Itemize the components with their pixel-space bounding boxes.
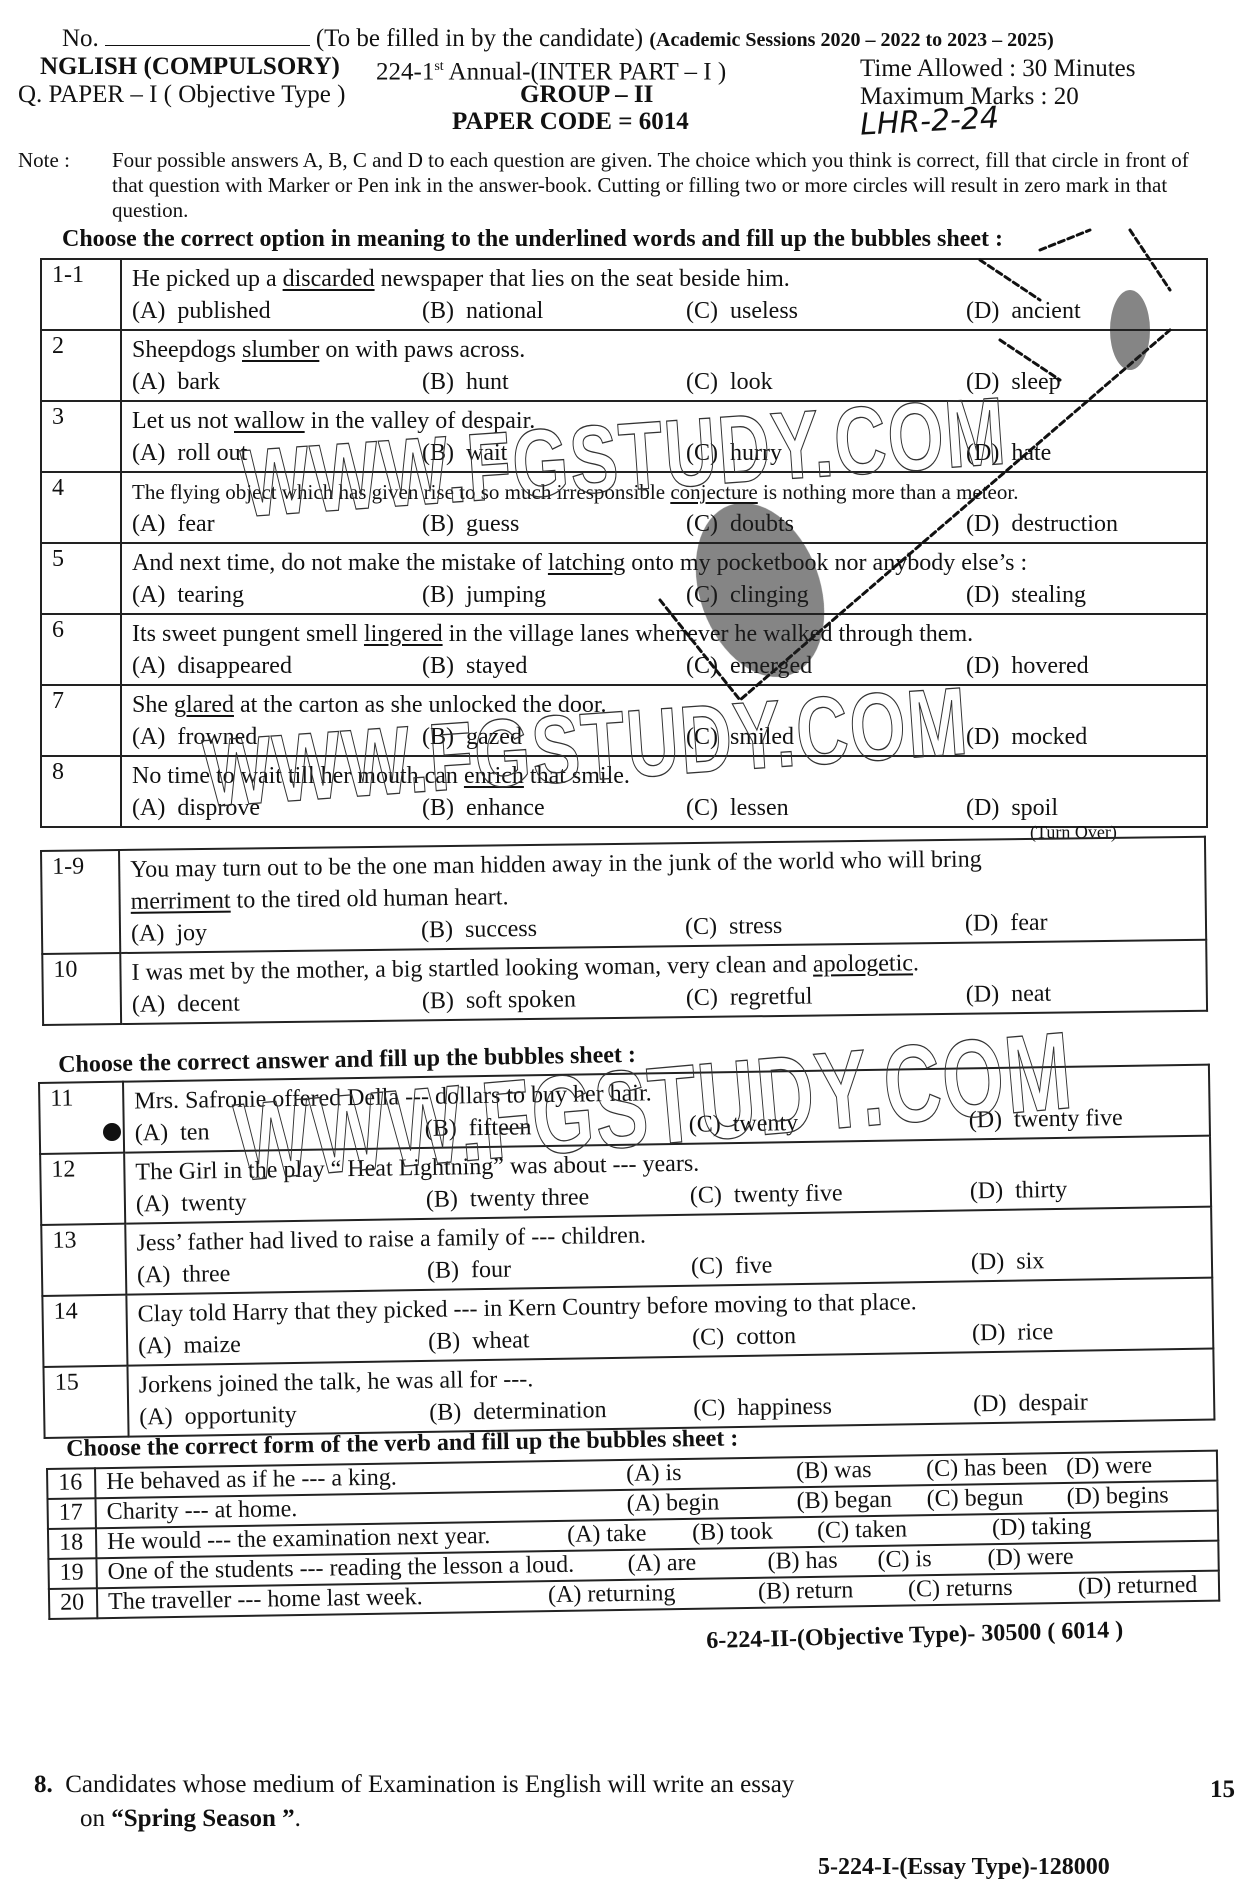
option-text: six xyxy=(1016,1248,1044,1274)
option-text: published xyxy=(177,298,270,324)
question-row: 8No time to wait till her mouth can enri… xyxy=(41,756,1207,827)
options-row: (A)tearing(B)jumping(C)clinging(D)steali… xyxy=(132,579,1206,611)
underlined-word: latching xyxy=(548,550,625,576)
question-row: 4The flying object which has given rise … xyxy=(41,472,1207,543)
option-b[interactable]: (B) began xyxy=(796,1486,926,1515)
option-c[interactable]: (C)twenty xyxy=(689,1104,969,1140)
option-text: twenty xyxy=(733,1110,799,1137)
option-label: (A) xyxy=(626,1460,660,1487)
essay-question: 8. Candidates whose medium of Examinatio… xyxy=(34,1768,794,1836)
option-b[interactable]: (B)hunt xyxy=(422,366,686,398)
question-body: And next time, do not make the mistake o… xyxy=(121,543,1207,614)
option-text: hurry xyxy=(730,440,782,466)
option-text: stayed xyxy=(466,653,527,679)
option-c[interactable]: (C)twenty five xyxy=(690,1175,970,1211)
question-stem: The flying object which has given rise t… xyxy=(132,476,1206,508)
option-a[interactable]: (A)tearing xyxy=(132,579,422,611)
option-label: (A) xyxy=(132,511,165,537)
question-number: 13 xyxy=(41,1224,126,1296)
option-text: jumping xyxy=(466,582,546,608)
option-d[interactable]: (D)destruction xyxy=(966,508,1206,540)
option-text: taking xyxy=(1031,1514,1091,1541)
option-label: (B) xyxy=(425,1115,457,1141)
underlined-word: conjecture xyxy=(670,480,757,504)
option-label: (D) xyxy=(992,1515,1026,1542)
option-label: (B) xyxy=(422,582,454,608)
option-c[interactable]: (C) taken xyxy=(817,1515,992,1545)
option-label: (B) xyxy=(426,1186,458,1212)
option-text: hunt xyxy=(466,369,509,395)
option-label: (C) xyxy=(817,1517,849,1543)
option-text: cotton xyxy=(736,1323,796,1350)
option-text: is xyxy=(915,1546,931,1572)
option-label: (A) xyxy=(548,1582,582,1609)
option-text: took xyxy=(730,1519,773,1546)
option-label: (C) xyxy=(686,985,718,1011)
option-label: (B) xyxy=(692,1519,724,1545)
option-text: stress xyxy=(729,913,783,940)
question-stem: No time to wait till her mouth can enric… xyxy=(132,760,1206,792)
question-stem: Let us not wallow in the valley of despa… xyxy=(132,405,1206,437)
underlined-word: slumber xyxy=(242,337,319,363)
option-label: (D) xyxy=(966,440,999,466)
option-label: (D) xyxy=(1066,1453,1100,1480)
option-label: (C) xyxy=(686,440,718,466)
option-text: joy xyxy=(176,920,207,946)
option-text: begun xyxy=(964,1485,1023,1512)
time-allowed: Time Allowed : 30 Minutes xyxy=(860,54,1136,84)
option-c[interactable]: (C)hurry xyxy=(686,437,966,469)
header-line-1: No.(To be filled in by the candidate) (A… xyxy=(62,24,1054,55)
option-text: ten xyxy=(180,1119,210,1145)
option-label: (C) xyxy=(686,298,718,324)
option-c[interactable]: (C)smiled xyxy=(686,721,966,753)
option-label: (C) xyxy=(908,1576,940,1602)
option-d[interactable]: (D)stealing xyxy=(966,579,1206,611)
option-label: (D) xyxy=(966,582,999,608)
option-label: (D) xyxy=(966,298,999,324)
option-c[interactable]: (C)happiness xyxy=(693,1388,973,1424)
option-text: wait xyxy=(466,440,507,466)
underlined-word: wallow xyxy=(234,408,305,434)
option-label: (B) xyxy=(422,653,454,679)
option-label: (C) xyxy=(692,1324,724,1350)
option-b[interactable]: (B) has xyxy=(767,1547,877,1576)
question-number: 3 xyxy=(41,401,121,472)
option-label: (C) xyxy=(686,511,718,537)
option-b[interactable]: (B)four xyxy=(427,1251,691,1287)
question-body: Let us not wallow in the valley of despa… xyxy=(121,401,1207,472)
option-label: (C) xyxy=(686,369,718,395)
option-label: (B) xyxy=(422,369,454,395)
option-d[interactable]: (D)thirty xyxy=(970,1172,1210,1208)
option-text: enhance xyxy=(466,795,545,821)
question-number: 20 xyxy=(49,1588,97,1619)
option-c[interactable]: (C) has been xyxy=(926,1454,1066,1483)
option-text: smiled xyxy=(730,724,794,750)
option-label: (C) xyxy=(689,1111,721,1137)
option-a[interactable]: (A)joy xyxy=(131,914,421,950)
option-a[interactable]: (A)frowned xyxy=(132,721,422,753)
note-label: Note : xyxy=(18,148,70,173)
option-a[interactable]: (A) take xyxy=(567,1520,692,1549)
option-a[interactable]: (A)maize xyxy=(138,1326,428,1363)
question-body: I was met by the mother, a big startled … xyxy=(120,940,1207,1024)
option-text: twenty xyxy=(181,1190,247,1217)
option-label: (C) xyxy=(686,582,718,608)
option-b[interactable]: (B) was xyxy=(796,1456,926,1485)
underlined-word: glared xyxy=(174,692,234,718)
option-text: disprove xyxy=(177,795,260,821)
fill-note: (To be filled in by the candidate) xyxy=(316,25,643,52)
option-text: stealing xyxy=(1011,582,1086,608)
option-label: (A) xyxy=(567,1521,601,1548)
question-body: She glared at the carton as she unlocked… xyxy=(121,685,1207,756)
option-c[interactable]: (C)five xyxy=(691,1246,971,1282)
option-b[interactable]: (B) return xyxy=(758,1576,908,1605)
question-row: 2Sheepdogs slumber on with paws across.(… xyxy=(41,330,1207,401)
option-text: guess xyxy=(466,511,519,537)
handwritten-annotation: LHR-2-24 xyxy=(859,100,1000,142)
options-row: (A)disappeared(B)stayed(C)emerged(D)hove… xyxy=(132,650,1206,682)
option-label: (D) xyxy=(966,511,999,537)
option-text: mocked xyxy=(1011,724,1087,750)
option-label: (A) xyxy=(132,653,165,679)
option-text: three xyxy=(182,1261,230,1288)
option-label: (C) xyxy=(686,724,718,750)
section1-title: Choose the correct option in meaning to … xyxy=(62,226,1003,253)
option-b[interactable]: (B)stayed xyxy=(422,650,686,682)
option-label: (A) xyxy=(139,1404,173,1431)
question-body: No time to wait till her mouth can enric… xyxy=(121,756,1207,827)
option-label: (A) xyxy=(136,1191,170,1218)
option-label: (A) xyxy=(131,920,165,946)
option-b[interactable]: (B)guess xyxy=(422,508,686,540)
option-text: frowned xyxy=(177,724,257,750)
question-stem: The traveller --- home last week. xyxy=(108,1582,548,1616)
option-label: (B) xyxy=(796,1488,828,1514)
option-d[interactable]: (D)twenty five xyxy=(968,1101,1208,1137)
question-number: 8 xyxy=(41,756,121,827)
option-a[interactable]: (A) begin xyxy=(626,1488,796,1518)
option-d[interactable]: (D) begins xyxy=(1066,1482,1196,1511)
option-label: (B) xyxy=(796,1458,828,1484)
option-a[interactable]: (A)published xyxy=(132,295,422,327)
option-d[interactable]: (D) were xyxy=(1066,1452,1196,1481)
option-label: (D) xyxy=(969,1107,1003,1134)
option-text: roll out xyxy=(177,440,247,466)
question-row: 1-9You may turn out to be the one man hi… xyxy=(41,837,1206,954)
options-row: (A)frowned(B)gazed(C)smiled(D)mocked xyxy=(132,721,1206,753)
option-text: neat xyxy=(1011,981,1051,1007)
option-a[interactable]: (A)bark xyxy=(132,366,422,398)
option-b[interactable]: (B)determination xyxy=(429,1393,693,1429)
option-d[interactable]: (D)fear xyxy=(965,905,1205,940)
option-c[interactable]: (C)cotton xyxy=(692,1317,972,1353)
essay-line-2-prefix: on xyxy=(80,1805,111,1832)
option-d[interactable]: (D)rice xyxy=(972,1314,1212,1350)
option-a[interactable]: (A)disappeared xyxy=(132,650,422,682)
option-text: take xyxy=(606,1521,646,1548)
option-label: (A) xyxy=(132,724,165,750)
option-label: (D) xyxy=(966,369,999,395)
academic-sessions: (Academic Sessions 2020 – 2022 to 2023 –… xyxy=(649,29,1053,51)
question-body: He picked up a discarded newspaper that … xyxy=(121,259,1207,330)
option-a[interactable]: (A)ten xyxy=(135,1113,425,1150)
option-a[interactable]: (A)three xyxy=(137,1255,427,1292)
question-body: Its sweet pungent smell lingered in the … xyxy=(121,614,1207,685)
option-label: (C) xyxy=(685,914,717,940)
option-text: were xyxy=(1027,1544,1074,1571)
options-row: (A)bark(B)hunt(C)look(D)sleep xyxy=(132,366,1206,398)
question-number: 11 xyxy=(39,1082,124,1154)
option-text: happiness xyxy=(737,1394,832,1421)
option-text: tearing xyxy=(177,582,244,608)
option-text: ancient xyxy=(1011,298,1080,324)
option-label: (C) xyxy=(686,795,718,821)
option-label: (B) xyxy=(422,724,454,750)
option-a[interactable]: (A)fear xyxy=(132,508,422,540)
option-label: (C) xyxy=(691,1253,723,1279)
note-text: Four possible answers A, B, C and D to e… xyxy=(112,148,1217,223)
option-d[interactable]: (D)sleep xyxy=(966,366,1206,398)
option-c[interactable]: (C)doubts xyxy=(686,508,966,540)
question-stem: She glared at the carton as she unlocked… xyxy=(132,689,1206,721)
option-b[interactable]: (B)wheat xyxy=(428,1322,692,1358)
option-c[interactable]: (C)clinging xyxy=(686,579,966,611)
option-b[interactable]: (B)jumping xyxy=(422,579,686,611)
essay-marks: 15 xyxy=(1210,1776,1235,1804)
option-a[interactable]: (A) are xyxy=(627,1549,767,1578)
question-number: 15 xyxy=(43,1366,128,1438)
option-d[interactable]: (D)hovered xyxy=(966,650,1206,682)
option-label: (B) xyxy=(758,1578,790,1604)
paper-type: Q. PAPER – I ( Objective Type ) xyxy=(18,80,345,110)
option-d[interactable]: (D)spoil xyxy=(966,792,1206,824)
roll-number-blank[interactable] xyxy=(105,25,310,46)
option-text: five xyxy=(735,1252,773,1279)
option-text: returned xyxy=(1117,1572,1197,1599)
option-label: (A) xyxy=(132,795,165,821)
option-c[interactable]: (C)regretful xyxy=(686,979,966,1014)
option-label: (D) xyxy=(966,981,1000,1007)
option-text: taken xyxy=(855,1516,907,1543)
option-label: (B) xyxy=(767,1548,799,1574)
question-body: The flying object which has given rise t… xyxy=(121,472,1207,543)
option-c[interactable]: (C)lessen xyxy=(686,792,966,824)
option-text: hovered xyxy=(1011,653,1088,679)
option-label: (C) xyxy=(686,653,718,679)
option-c[interactable]: (C)stress xyxy=(685,908,965,943)
option-label: (D) xyxy=(971,1249,1005,1276)
question-stem: And next time, do not make the mistake o… xyxy=(132,547,1206,579)
objective-footer-code: 6-224-II-(Objective Type)- 30500 ( 6014 … xyxy=(706,1617,1124,1655)
option-text: national xyxy=(466,298,543,324)
no-label: No. xyxy=(62,25,99,52)
question-number: 2 xyxy=(41,330,121,401)
option-text: is xyxy=(665,1460,681,1486)
question-stem: Its sweet pungent smell lingered in the … xyxy=(132,618,1206,650)
option-d[interactable]: (D) returned xyxy=(1078,1572,1218,1601)
options-row: (A)published(B)national(C)useless(D)anci… xyxy=(132,295,1206,327)
option-text: soft spoken xyxy=(466,986,576,1013)
question-number: 19 xyxy=(48,1558,96,1589)
option-text: emerged xyxy=(730,653,812,679)
option-b[interactable]: (B)national xyxy=(422,295,686,327)
options-row: (A)roll out(B)wait(C)hurry(D)hate xyxy=(132,437,1206,469)
option-label: (A) xyxy=(132,298,165,324)
option-a[interactable]: (A)decent xyxy=(132,985,422,1021)
option-d[interactable]: (D)despair xyxy=(973,1385,1213,1421)
option-label: (D) xyxy=(1078,1573,1112,1600)
underlined-word: enrich xyxy=(464,763,524,789)
essay-line-1: Candidates whose medium of Examination i… xyxy=(65,1771,794,1798)
question-row: 3Let us not wallow in the valley of desp… xyxy=(41,401,1207,472)
option-label: (B) xyxy=(429,1399,461,1425)
option-text: decent xyxy=(177,991,240,1018)
option-label: (B) xyxy=(428,1328,460,1354)
section2-table: 11Mrs. Safronie offered Della --- dollar… xyxy=(38,1064,1215,1439)
option-b[interactable]: (B)twenty three xyxy=(426,1180,690,1216)
option-a[interactable]: (A) returning xyxy=(548,1579,758,1609)
question-row: 6Its sweet pungent smell lingered in the… xyxy=(41,614,1207,685)
option-a[interactable]: (A)disprove xyxy=(132,792,422,824)
question-body: Sheepdogs slumber on with paws across.(A… xyxy=(121,330,1207,401)
option-label: (C) xyxy=(693,1395,725,1421)
option-c[interactable]: (C) returns xyxy=(908,1574,1078,1604)
section1b-table: 1-9You may turn out to be the one man hi… xyxy=(40,836,1208,1026)
option-d[interactable]: (D)hate xyxy=(966,437,1206,469)
group: GROUP – II xyxy=(520,80,653,110)
option-d[interactable]: (D)mocked xyxy=(966,721,1206,753)
option-label: (D) xyxy=(966,795,999,821)
option-text: returns xyxy=(946,1575,1013,1602)
option-a[interactable]: (A)opportunity xyxy=(139,1397,429,1434)
option-b[interactable]: (B)enhance xyxy=(422,792,686,824)
option-text: begin xyxy=(666,1489,720,1516)
option-d[interactable]: (D)neat xyxy=(966,976,1206,1011)
option-label: (B) xyxy=(422,511,454,537)
option-d[interactable]: (D) taking xyxy=(992,1513,1132,1542)
option-label: (C) xyxy=(926,1456,958,1482)
option-text: maize xyxy=(183,1332,241,1359)
option-text: despair xyxy=(1018,1390,1088,1417)
option-label: (C) xyxy=(877,1546,909,1572)
option-text: thirty xyxy=(1015,1177,1067,1204)
section3-table: 16He behaved as if he --- a king.(A) is(… xyxy=(46,1450,1220,1620)
option-text: gazed xyxy=(466,724,522,750)
question-row: 10I was met by the mother, a big startle… xyxy=(42,940,1207,1025)
option-text: lessen xyxy=(730,795,789,821)
question-number: 17 xyxy=(47,1498,95,1529)
option-text: return xyxy=(796,1577,854,1604)
option-c[interactable]: (C) is xyxy=(877,1545,987,1574)
option-text: look xyxy=(730,369,773,395)
question-row: 7She glared at the carton as she unlocke… xyxy=(41,685,1207,756)
option-label: (A) xyxy=(627,1550,661,1577)
option-text: returning xyxy=(587,1580,675,1607)
option-text: has xyxy=(805,1548,837,1574)
option-label: (B) xyxy=(422,988,454,1014)
option-c[interactable]: (C)emerged xyxy=(686,650,966,682)
option-text: opportunity xyxy=(184,1402,296,1430)
option-text: was xyxy=(834,1457,872,1484)
option-text: fifteen xyxy=(469,1114,532,1141)
option-text: twenty five xyxy=(1014,1105,1123,1133)
option-b[interactable]: (B)wait xyxy=(422,437,686,469)
option-label: (D) xyxy=(1066,1483,1100,1510)
option-text: are xyxy=(667,1550,697,1576)
option-b[interactable]: (B)gazed xyxy=(422,721,686,753)
option-text: sleep xyxy=(1011,369,1060,395)
question-number: 18 xyxy=(48,1528,96,1559)
essay-number: 8. xyxy=(34,1771,53,1798)
underlined-word: merriment xyxy=(130,888,230,915)
option-text: determination xyxy=(473,1397,607,1425)
option-label: (A) xyxy=(132,991,166,1017)
option-text: twenty three xyxy=(470,1184,590,1212)
option-label: (D) xyxy=(987,1545,1021,1572)
question-stem: He picked up a discarded newspaper that … xyxy=(132,263,1206,295)
option-label: (B) xyxy=(422,795,454,821)
option-label: (D) xyxy=(970,1178,1004,1205)
option-label: (D) xyxy=(965,910,999,936)
question-stem: Sheepdogs slumber on with paws across. xyxy=(132,334,1206,366)
option-text: four xyxy=(471,1257,511,1284)
question-number: 12 xyxy=(40,1153,125,1225)
paper-code: PAPER CODE = 6014 xyxy=(452,107,689,137)
question-body: You may turn out to be the one man hidde… xyxy=(119,837,1206,953)
options-row: (A)fear(B)guess(C)doubts(D)destruction xyxy=(132,508,1206,540)
option-label: (C) xyxy=(690,1182,722,1208)
essay-topic: “Spring Season ” xyxy=(111,1805,294,1832)
option-d[interactable]: (D) were xyxy=(987,1543,1117,1572)
option-b[interactable]: (B)success xyxy=(421,911,685,946)
option-c[interactable]: (C)look xyxy=(686,366,966,398)
option-label: (D) xyxy=(972,1320,1006,1347)
option-d[interactable]: (D)ancient xyxy=(966,295,1206,327)
option-a[interactable]: (A)twenty xyxy=(136,1184,426,1221)
option-b[interactable]: (B)fifteen xyxy=(425,1109,689,1145)
essay-footer-code: 5-224-I-(Essay Type)-128000 xyxy=(818,1854,1110,1881)
option-a[interactable]: (A)roll out xyxy=(132,437,422,469)
option-c[interactable]: (C) begun xyxy=(926,1484,1066,1513)
option-label: (A) xyxy=(132,440,165,466)
underlined-word: lingered xyxy=(364,621,443,647)
option-label: (D) xyxy=(966,724,999,750)
option-label: (A) xyxy=(132,369,165,395)
option-text: regretful xyxy=(730,984,813,1011)
section1-table: 1-1He picked up a discarded newspaper th… xyxy=(40,258,1208,828)
subject-title: NGLISH (COMPULSORY) xyxy=(40,52,340,82)
option-text: rice xyxy=(1017,1319,1053,1346)
option-label: (A) xyxy=(132,582,165,608)
option-text: were xyxy=(1105,1453,1152,1480)
question-number: 5 xyxy=(41,543,121,614)
question-number: 16 xyxy=(47,1468,95,1499)
option-label: (C) xyxy=(926,1486,958,1512)
question-number: 1-1 xyxy=(41,259,121,330)
option-b[interactable]: (B)soft spoken xyxy=(422,982,686,1017)
option-label: (B) xyxy=(421,917,453,943)
option-label: (D) xyxy=(973,1391,1007,1418)
option-c[interactable]: (C)useless xyxy=(686,295,966,327)
option-d[interactable]: (D)six xyxy=(971,1243,1211,1279)
option-a[interactable]: (A) is xyxy=(626,1458,796,1488)
option-text: success xyxy=(465,916,537,943)
option-text: hate xyxy=(1011,440,1051,466)
option-b[interactable]: (B) took xyxy=(692,1518,817,1547)
